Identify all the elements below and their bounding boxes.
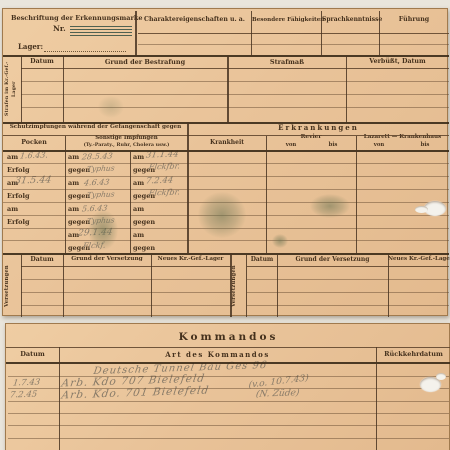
sonstige-am-label: am — [133, 231, 144, 239]
krankheit-header: Krankheit — [188, 139, 266, 146]
punch-hole — [420, 377, 441, 392]
divider-line — [251, 11, 252, 56]
transfers-col-datum: Datum — [21, 256, 63, 263]
rule-line — [8, 438, 449, 439]
rule-line — [138, 44, 449, 45]
rule-line — [6, 362, 450, 364]
transfers-side-label: Versetzungen — [4, 257, 20, 315]
ink-stain — [88, 210, 118, 250]
lager-dotted-line — [44, 42, 126, 52]
card-upper-record: Beschriftung der Erkennungsmarke Nr. Lag… — [2, 8, 448, 316]
rule-line — [3, 253, 449, 255]
rule-line — [8, 376, 449, 377]
rule-line — [21, 94, 449, 95]
vaccinations-title: Schutzimpfungen während der Gefangenscha… — [3, 124, 188, 130]
transfers-col-datum: Datum — [247, 256, 277, 263]
punishments-side-label: Strafen im Kr.-Gef.-Lager — [4, 57, 20, 121]
scanned-pow-record-card: { "card_upper": { "id_block": { "title":… — [0, 0, 450, 450]
handwriting-kommando-date: 7.2.45 — [9, 390, 38, 401]
divider-line — [135, 11, 137, 56]
punishments-col-grund: Grund der Bestrafung — [63, 58, 227, 66]
transfers-side-label: Versetzungen — [231, 257, 246, 315]
rule-line — [3, 150, 449, 152]
rule-line — [3, 240, 449, 241]
traits-col-charakter: Charaktereigenschaften u. a. — [138, 16, 251, 23]
divider-line — [65, 136, 66, 253]
divider-line — [130, 150, 131, 253]
kommandos-col-datum: Datum — [6, 350, 59, 358]
rule-line — [21, 292, 231, 293]
rule-line — [138, 33, 449, 34]
handwriting-impfung-date: 7.2.44 — [145, 176, 174, 187]
nr-label: Nr. — [53, 24, 66, 33]
punch-hole — [424, 201, 446, 216]
transfers-col-lager: Neues Kr.-Gef.-Lager — [151, 256, 230, 262]
rule-line — [3, 55, 449, 57]
rule-line — [3, 135, 449, 136]
rule-line — [3, 122, 449, 124]
kommandos-col-rueckkehr: Rückkehrdatum — [376, 350, 450, 358]
ink-stain — [310, 194, 350, 218]
rule-line — [8, 388, 449, 389]
rule-line — [3, 176, 449, 177]
divider-line — [187, 122, 189, 253]
rule-line — [3, 189, 449, 190]
sonstige-gegen-label: gegen — [133, 218, 155, 226]
sonstige-gegen-label: gegen — [133, 244, 155, 252]
revier-von-label: von — [271, 142, 311, 148]
rule-line — [8, 401, 449, 402]
rule-line — [8, 425, 449, 426]
divider-line — [59, 347, 60, 450]
transfers-col-grund: Grund der Versetzung — [277, 256, 388, 263]
pocken-am-label: am — [7, 153, 18, 161]
handwriting-kommando-date: 1.7.43 — [12, 378, 41, 389]
traits-col-faehigkeiten: Besondere Fähigkeiten — [252, 17, 320, 23]
card-lower-kommandos: Kommandos Datum Art des Kommandos Rückke… — [5, 323, 450, 450]
divider-line — [227, 56, 229, 123]
kommandos-title: Kommandos — [6, 331, 450, 343]
sonstige-am-label: am — [133, 205, 144, 213]
pocken-am-label: am — [7, 205, 18, 213]
ink-stain — [198, 192, 246, 238]
rule-line — [21, 107, 449, 108]
divider-line — [246, 255, 247, 317]
sonstige-subheader: (Ty.-Paraty., Ruhr, Cholera usw.) — [65, 142, 188, 148]
transfers-col-grund: Grund der Versetzung — [63, 256, 151, 262]
rule-line — [21, 81, 449, 82]
sonstige-am-label: am — [68, 179, 79, 187]
punishments-col-datum: Datum — [21, 58, 63, 65]
kommandos-col-art: Art des Kommandos — [59, 350, 376, 359]
lazarett-von-label: von — [359, 142, 399, 148]
nr-ruled-lines — [70, 26, 132, 36]
divider-line — [151, 255, 152, 317]
divider-line — [63, 56, 64, 123]
divider-line — [376, 347, 377, 450]
handwriting-kommando-note: (N. Züde) — [255, 388, 300, 400]
divider-line — [21, 255, 22, 317]
rule-line — [6, 347, 450, 348]
lager-label: Lager: — [18, 42, 43, 51]
handwriting-impfung-gegen: Typhus — [86, 164, 115, 174]
revier-bis-label: bis — [315, 142, 351, 148]
lazarett-bis-label: bis — [405, 142, 445, 148]
ink-stain — [98, 96, 124, 118]
divider-line — [346, 56, 347, 123]
divider-line — [388, 255, 389, 317]
rule-line — [3, 163, 449, 164]
rule-line — [8, 413, 449, 414]
divider-line — [266, 136, 267, 253]
rule-line — [21, 305, 231, 306]
divider-line — [230, 253, 232, 317]
transfers-col-lager: Neues Kr.-Gef.-Lager — [388, 256, 449, 262]
traits-col-fuehrung: Führung — [380, 16, 448, 23]
punishments-col-strafmass: Strafmaß — [228, 58, 346, 66]
divider-line — [63, 255, 64, 317]
divider-line — [21, 56, 22, 123]
punishments-col-verbuesst: Verbüßt, Datum — [346, 58, 449, 65]
illnesses-title: Erkrankungen — [188, 123, 449, 132]
divider-line — [277, 255, 278, 317]
divider-line — [356, 136, 357, 253]
sonstige-am-label: am — [68, 205, 79, 213]
divider-line — [379, 11, 380, 56]
sonstige-am-label: am — [133, 153, 144, 161]
handwriting-pocken-date: 1.6.43. — [19, 151, 48, 161]
sonstige-am-label: am — [68, 153, 79, 161]
id-block-title: Beschriftung der Erkennungsmarke — [11, 14, 133, 22]
pocken-erfolg-label: Erfolg — [7, 192, 30, 200]
handwriting-impfung-date: 4.6.43 — [83, 178, 110, 188]
pocken-erfolg-label: Erfolg — [7, 166, 30, 174]
ink-stain — [272, 234, 288, 248]
handwriting-impfung-date: 28.5.43 — [81, 151, 113, 161]
rule-line — [21, 266, 231, 267]
pocken-erfolg-label: Erfolg — [7, 218, 30, 226]
traits-col-sprachkenntnisse: Sprachkenntnisse — [322, 16, 378, 23]
sonstige-am-label: am — [133, 179, 144, 187]
divider-line — [321, 11, 322, 56]
handwriting-impfung-gegen: Typhus — [86, 190, 115, 200]
pocken-header: Pocken — [3, 139, 65, 146]
rule-line — [21, 279, 231, 280]
rule-line — [21, 68, 449, 69]
